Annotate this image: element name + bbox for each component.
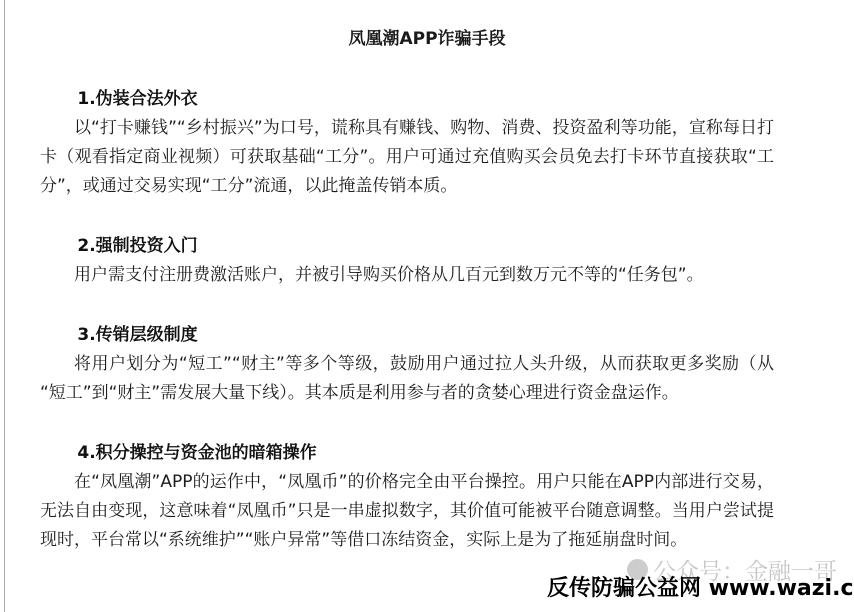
section-forced-investment: 2.强制投资入门 用户需支付注册费激活账户，并被引导购买价格从几百元到数万元不等… xyxy=(40,232,774,290)
left-border-line xyxy=(4,0,5,612)
document-page: 凤凰潮APP诈骗手段 1.伪装合法外衣 以“打卡赚钱”“乡村振兴”为口号，谎称具… xyxy=(0,0,854,612)
section-disguise: 1.伪装合法外衣 以“打卡赚钱”“乡村振兴”为口号，谎称具有赚钱、购物、消费、投… xyxy=(40,85,774,201)
document-content: 1.伪装合法外衣 以“打卡赚钱”“乡村振兴”为口号，谎称具有赚钱、购物、消费、投… xyxy=(40,85,774,555)
section-body: 用户需支付注册费激活账户，并被引导购买价格从几百元到数万元不等的“任务包”。 xyxy=(40,261,774,290)
section-body: 在“凤凰潮”APP的运作中，“凤凰币”的价格完全由平台操控。用户只能在APP内部… xyxy=(40,468,774,555)
section-heading: 3.传销层级制度 xyxy=(40,321,774,350)
section-heading: 2.强制投资入门 xyxy=(40,232,774,261)
section-points-manipulation: 4.积分操控与资金池的暗箱操作 在“凤凰潮”APP的运作中，“凤凰币”的价格完全… xyxy=(40,439,774,555)
watermark-site: 反传防骗公益网 www.wazi.cc xyxy=(547,571,854,602)
section-heading: 1.伪装合法外衣 xyxy=(40,85,774,114)
section-body: 以“打卡赚钱”“乡村振兴”为口号，谎称具有赚钱、购物、消费、投资盈利等功能，宣称… xyxy=(40,114,774,201)
document-title: 凤凰潮APP诈骗手段 xyxy=(0,0,854,54)
section-pyramid-levels: 3.传销层级制度 将用户划分为“短工”“财主”等多个等级，鼓励用户通过拉人头升级… xyxy=(40,321,774,408)
section-heading: 4.积分操控与资金池的暗箱操作 xyxy=(40,439,774,468)
section-body: 将用户划分为“短工”“财主”等多个等级，鼓励用户通过拉人头升级，从而获取更多奖励… xyxy=(40,350,774,408)
